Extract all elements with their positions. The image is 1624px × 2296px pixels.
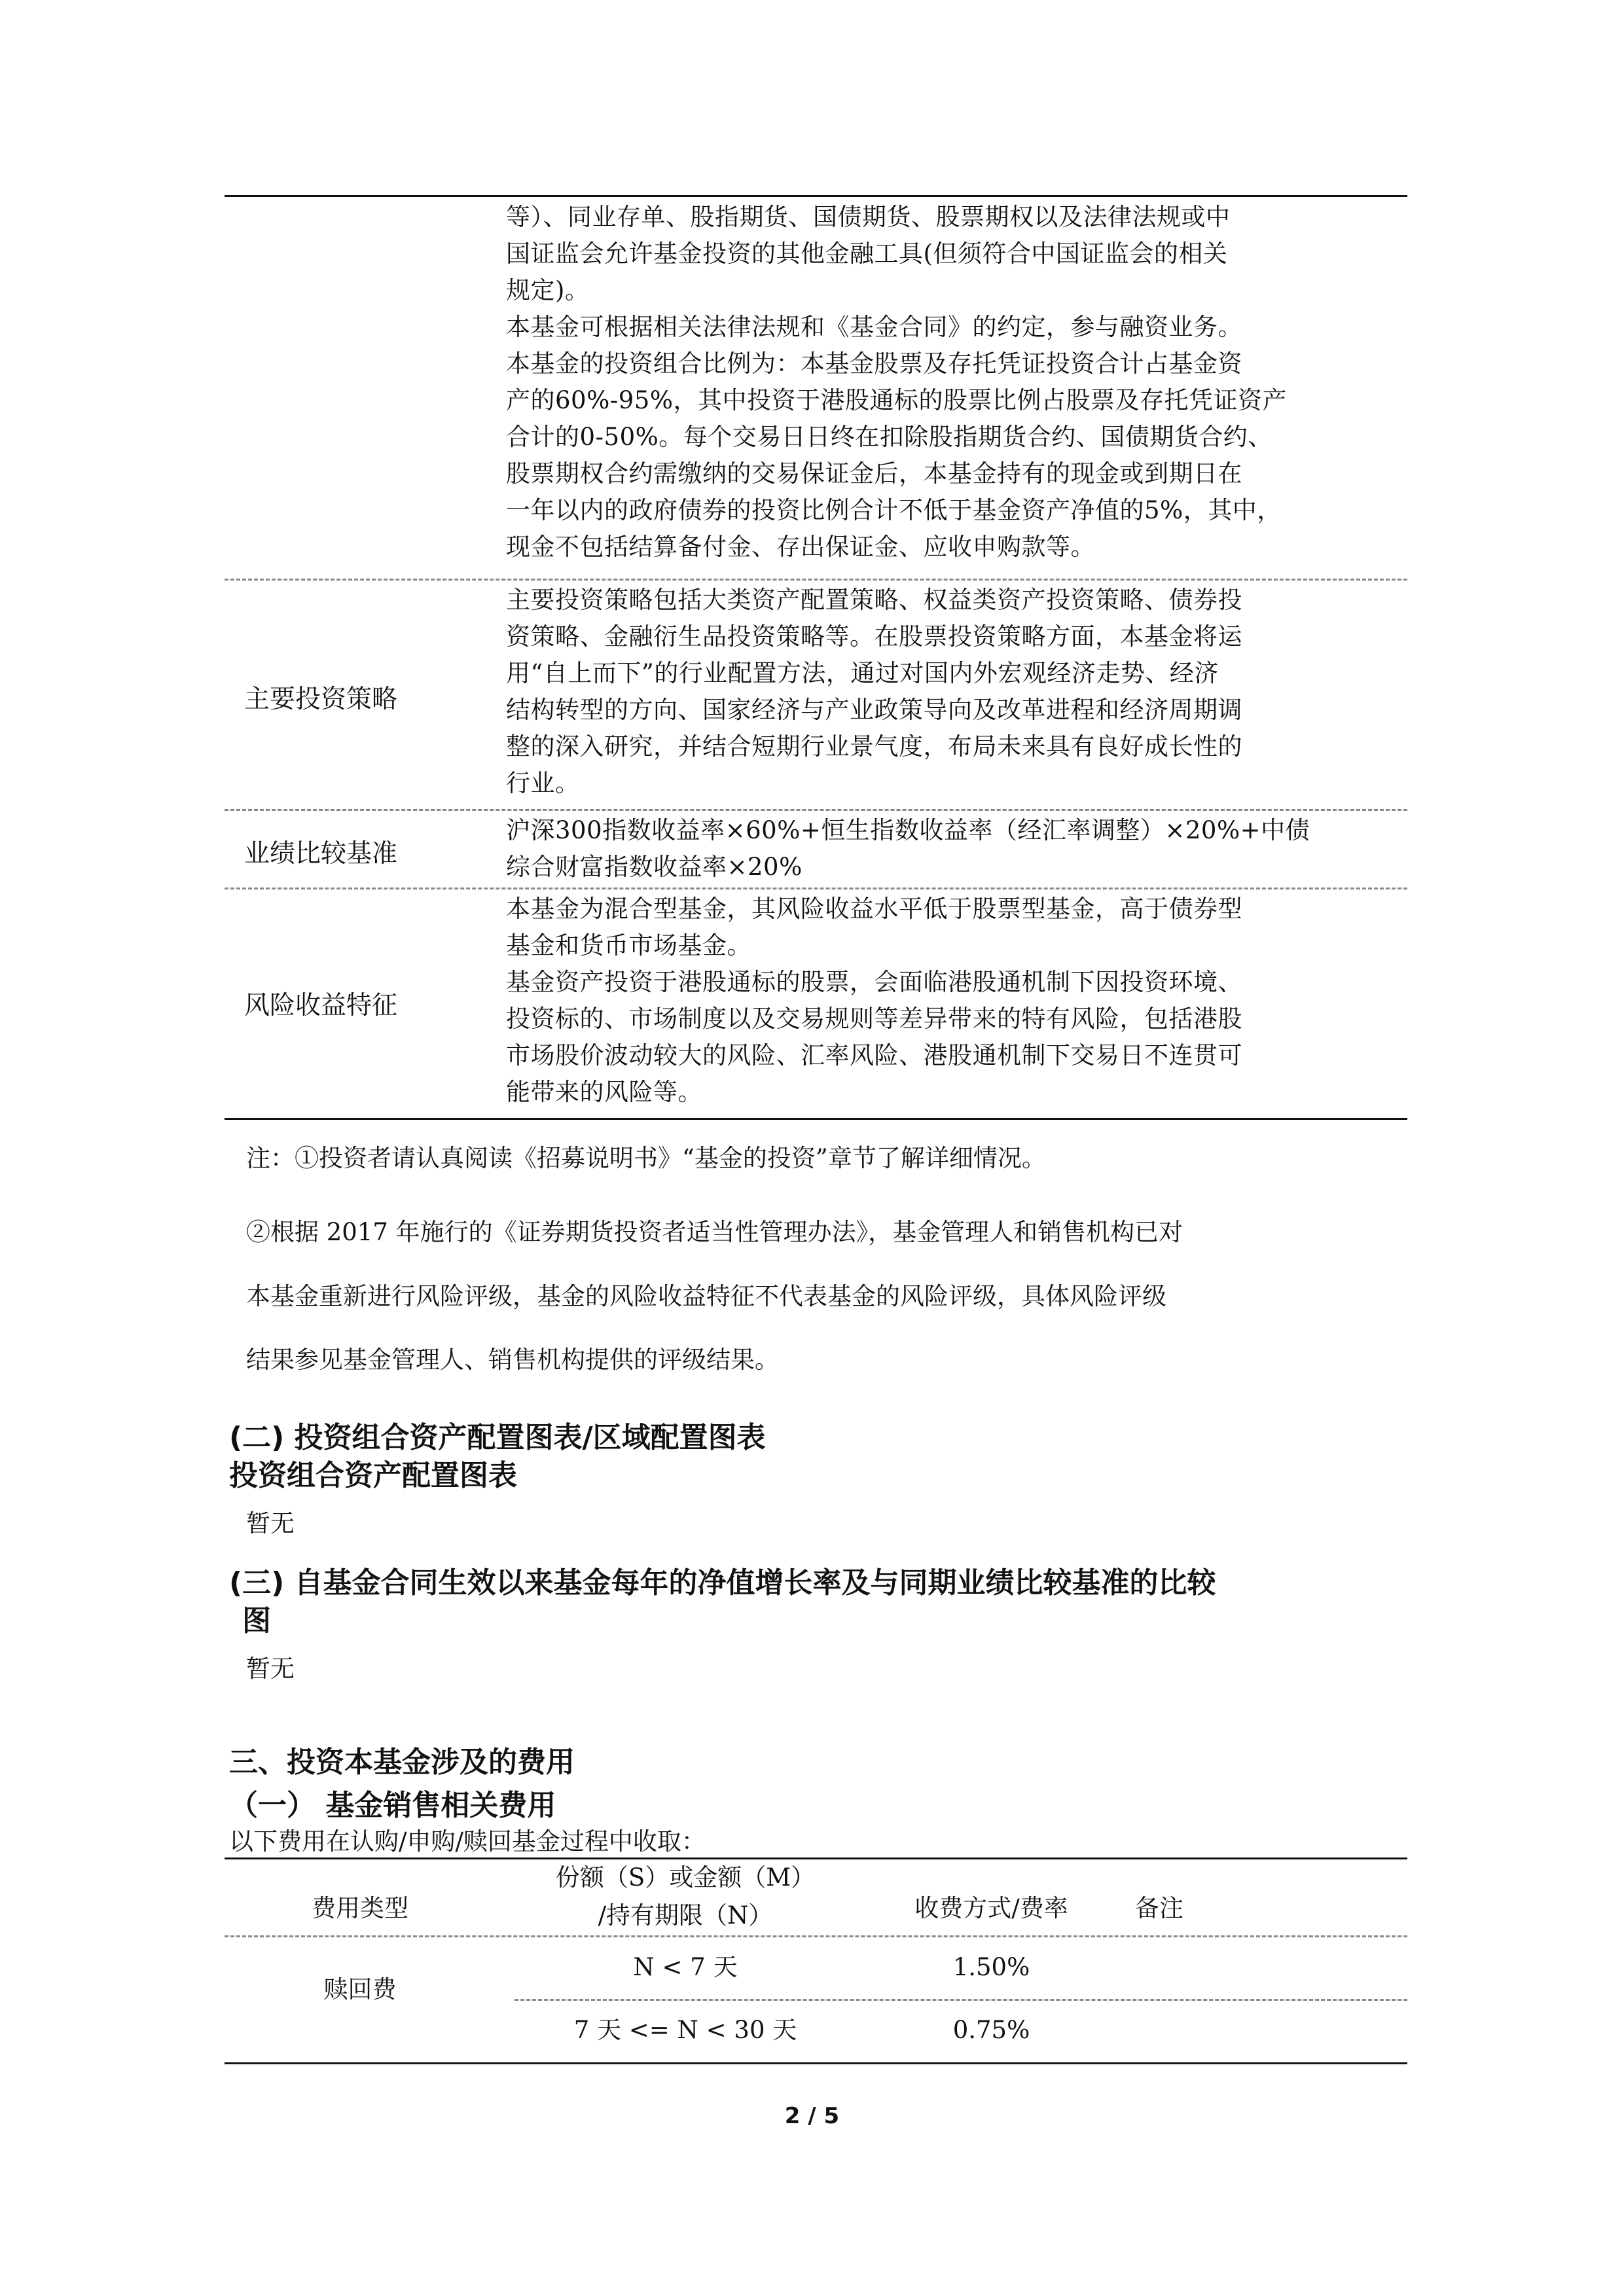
text-line: 基金资产投资于港股通标的股票，会面临港股通机制下因投资环境、 — [506, 964, 1409, 1001]
row-label: 业绩比较基准 — [244, 833, 397, 870]
section-3-content: 暂无 — [246, 1651, 295, 1687]
page-number: 2 / 5 — [0, 2103, 1624, 2129]
section-2-content: 暂无 — [246, 1505, 295, 1542]
fee-table-bottom-border — [225, 2062, 1407, 2064]
text-line: 一年以内的政府债券的投资比例合计不低于基金资产净值的5%，其中， — [506, 492, 1409, 529]
section-2-heading: (二) 投资组合资产配置图表/区域配置图表 — [229, 1414, 766, 1456]
text-line: 用“自上而下”的行业配置方法，通过对国内外宏观经济走势、经济 — [506, 655, 1409, 692]
header-line: 份额（S）或金额（M） — [496, 1859, 875, 1897]
text-line: 综合财富指数收益率×20% — [506, 849, 1409, 886]
note-2-line-1: ②根据 2017 年施行的《证券期货投资者适当性管理办法》，基金管理人和销售机构… — [246, 1214, 1183, 1251]
fee-col-header-rate: 收费方式/费率 — [875, 1890, 1108, 1927]
table-row-benchmark: 业绩比较基准 沪深300指数收益率×60%+恒生指数收益率（经汇率调整）×20%… — [225, 811, 1407, 888]
text-line: 合计的0-50%。每个交易日日终在扣除股指期货合约、国债期货合约、 — [506, 419, 1409, 456]
header-line: /持有期限（N） — [496, 1897, 875, 1935]
row-label: 风险收益特征 — [244, 985, 397, 1022]
table-row-risk-return: 风险收益特征 本基金为混合型基金，其风险收益水平低于股票型基金，高于债券型 基金… — [225, 889, 1407, 1119]
text-line: 投资标的、市场制度以及交易规则等差异带来的特有风险，包括港股 — [506, 1001, 1409, 1037]
fee-header-divider — [225, 1935, 1407, 1937]
text-line: 本基金可根据相关法律法规和《基金合同》的约定，参与融资业务。 — [506, 309, 1409, 346]
fee-col-header-range: 份额（S）或金额（M） /持有期限（N） — [496, 1859, 875, 1935]
text-line: 股票期权合约需缴纳的交易保证金后，本基金持有的现金或到期日在 — [506, 456, 1409, 492]
text-line: 产的60%-95%，其中投资于港股通标的股票比例占股票及存托凭证资产 — [506, 382, 1409, 419]
text-line: 本基金的投资组合比例为：本基金股票及存托凭证投资合计占基金资 — [506, 346, 1409, 382]
table-row-main-strategy: 主要投资策略 主要投资策略包括大类资产配置策略、权益类资产投资策略、债券投 资策… — [225, 581, 1407, 814]
section-3-heading-cont: 图 — [242, 1597, 271, 1639]
fees-heading: 三、投资本基金涉及的费用 — [229, 1738, 575, 1780]
text-line: 能带来的风险等。 — [506, 1074, 1409, 1111]
text-line: 等）、同业存单、股指期货、国债期货、股票期权以及法律法规或中 — [506, 199, 1409, 236]
fee-type-redemption: 赎回费 — [225, 1971, 496, 2008]
row-content: 本基金为混合型基金，其风险收益水平低于股票型基金，高于债券型 基金和货币市场基金… — [506, 891, 1409, 1111]
row-content: 沪深300指数收益率×60%+恒生指数收益率（经汇率调整）×20%+中债 综合财… — [506, 812, 1409, 886]
fee-row-1-range: N < 7 天 — [496, 1949, 875, 1986]
text-line: 规定)。 — [506, 272, 1409, 309]
fee-row-divider — [514, 1999, 1407, 2001]
fee-col-header-remark: 备注 — [1108, 1890, 1211, 1927]
fee-row-2-rate: 0.75% — [875, 2012, 1108, 2049]
note-2-line-2: 本基金重新进行风险评级，基金的风险收益特征不代表基金的风险评级，具体风险评级 — [246, 1278, 1166, 1315]
text-line: 主要投资策略包括大类资产配置策略、权益类资产投资策略、债券投 — [506, 582, 1409, 619]
table-top-border — [225, 195, 1407, 197]
fee-col-header-type: 费用类型 — [225, 1890, 496, 1927]
note-2-line-3: 结果参见基金管理人、销售机构提供的评级结果。 — [246, 1342, 779, 1378]
section-2-subheading: 投资组合资产配置图表 — [229, 1452, 517, 1494]
fees-subheading: （一） 基金销售相关费用 — [229, 1782, 556, 1823]
text-line: 结构转型的方向、国家经济与产业政策导向及改革进程和经济周期调 — [506, 692, 1409, 728]
fee-row-1-rate: 1.50% — [875, 1949, 1108, 1986]
row-content: 等）、同业存单、股指期货、国债期货、股票期权以及法律法规或中 国证监会允许基金投… — [506, 199, 1409, 565]
row-label: 主要投资策略 — [244, 679, 397, 715]
text-line: 本基金为混合型基金，其风险收益水平低于股票型基金，高于债券型 — [506, 891, 1409, 927]
text-line: 行业。 — [506, 765, 1409, 802]
text-line: 沪深300指数收益率×60%+恒生指数收益率（经汇率调整）×20%+中债 — [506, 812, 1409, 849]
fees-intro: 以下费用在认购/申购/赎回基金过程中收取： — [229, 1823, 706, 1860]
text-line: 整的深入研究，并结合短期行业景气度，布局未来具有良好成长性的 — [506, 728, 1409, 765]
note-1: 注：①投资者请认真阅读《招募说明书》“基金的投资”章节了解详细情况。 — [246, 1140, 1046, 1177]
text-line: 资策略、金融衍生品投资策略等。在股票投资策略方面，本基金将运 — [506, 619, 1409, 655]
text-line: 现金不包括结算备付金、存出保证金、应收申购款等。 — [506, 529, 1409, 565]
fee-row-2-range: 7 天 <= N < 30 天 — [496, 2012, 875, 2049]
text-line: 基金和货币市场基金。 — [506, 927, 1409, 964]
row-content: 主要投资策略包括大类资产配置策略、权益类资产投资策略、债券投 资策略、金融衍生品… — [506, 582, 1409, 802]
text-line: 市场股价波动较大的风险、汇率风险、港股通机制下交易日不连贯可 — [506, 1037, 1409, 1074]
section-3-heading: (三) 自基金合同生效以来基金每年的净值增长率及与同期业绩比较基准的比较 — [229, 1559, 1216, 1601]
text-line: 国证监会允许基金投资的其他金融工具(但须符合中国证监会的相关 — [506, 236, 1409, 272]
table-bottom-border — [225, 1118, 1407, 1120]
